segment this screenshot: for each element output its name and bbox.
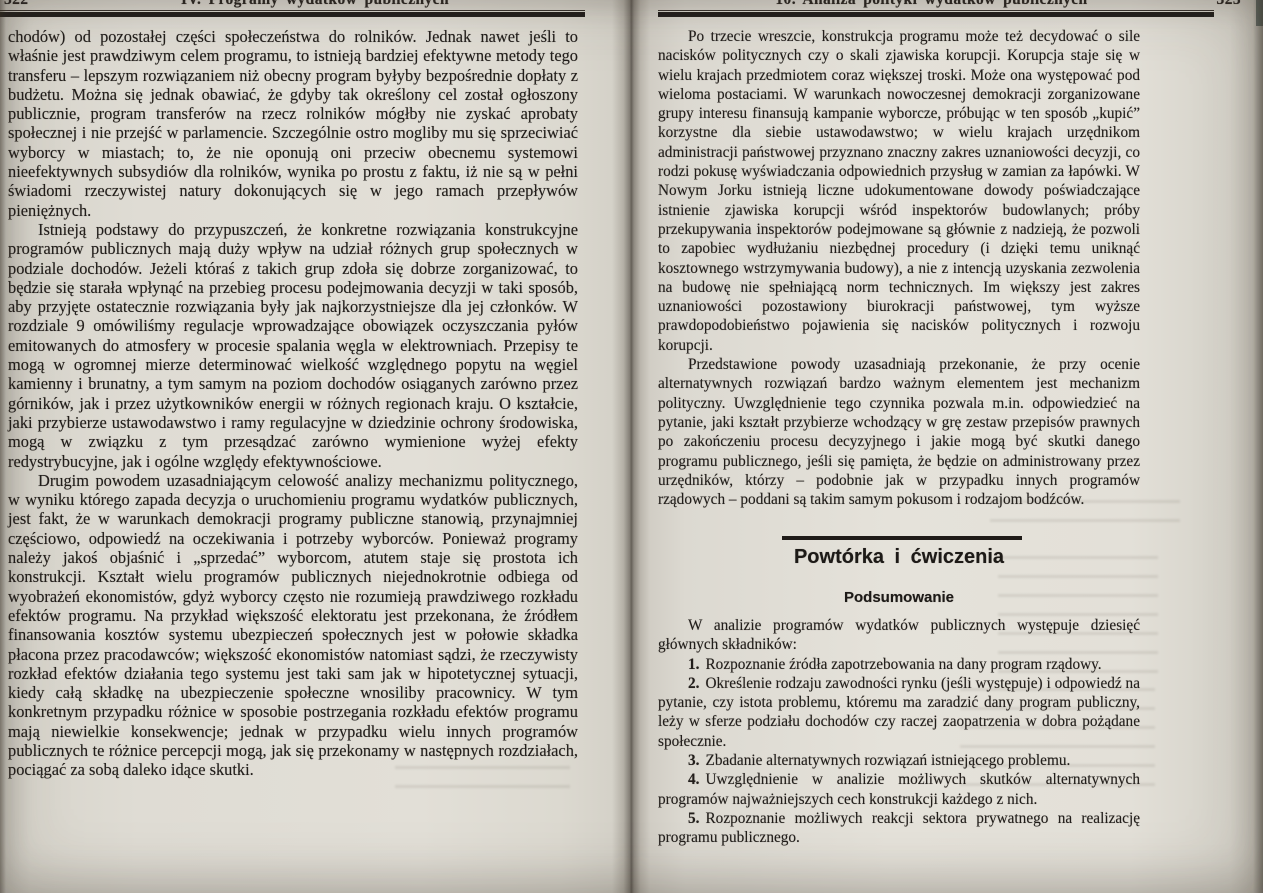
paragraph: Istnieją podstawy do przypuszczeń, że ko… — [8, 220, 578, 471]
summary-item: 2.Określenie rodzaju zawodności rynku (j… — [658, 674, 1140, 751]
page-edge-shadow-left — [0, 0, 6, 893]
item-number: 4. — [688, 771, 699, 788]
page-left: 322 IV. Programy wydatków publicznych ch… — [0, 0, 630, 893]
running-head-right: 10. Analiza polityki wydatków publicznyc… — [660, 0, 1203, 9]
item-text: Uwzględnienie w analizie możliwych skutk… — [658, 771, 1140, 807]
item-text: Zbadanie alternatywnych rozwiązań istnie… — [705, 752, 1070, 769]
page-number-left: 322 — [4, 0, 28, 9]
item-number: 3. — [688, 752, 699, 769]
book-spread-scan: 322 IV. Programy wydatków publicznych ch… — [0, 0, 1263, 893]
running-head-left: IV. Programy wydatków publicznych — [40, 0, 590, 9]
item-text: Rozpoznanie możliwych reakcji sektora pr… — [658, 810, 1140, 846]
paragraph: Drugim powodem uzasadniającym celowość a… — [8, 471, 578, 780]
summary-item: 5.Rozpoznanie możliwych reakcji sektora … — [658, 809, 1140, 848]
header-rule-right — [658, 10, 1214, 17]
section-divider-rule — [782, 536, 1022, 540]
subsection-heading: Podsumowanie — [658, 589, 1140, 606]
summary-item: 4.Uwzględnienie w analizie możliwych sku… — [658, 770, 1140, 809]
item-number: 5. — [688, 810, 699, 827]
body-text-right: Po trzecie wreszcie, konstrukcja program… — [658, 27, 1140, 509]
item-text: Rozpoznanie źródła zapotrzebowania na da… — [705, 656, 1101, 673]
section-heading: Powtórka i ćwiczenia — [658, 546, 1140, 569]
paragraph: Przedstawione powody uzasadniają przekon… — [658, 355, 1140, 509]
summary-item: 3.Zbadanie alternatywnych rozwiązań istn… — [658, 751, 1140, 770]
summary-list: W analizie programów wydatków publicznyc… — [658, 616, 1140, 848]
page-number-right: 323 — [1217, 0, 1241, 9]
summary-intro: W analizie programów wydatków publicznyc… — [658, 616, 1140, 655]
item-number: 1. — [688, 656, 699, 673]
summary-item: 1.Rozpoznanie źródła zapotrzebowania na … — [658, 655, 1140, 674]
item-number: 2. — [688, 675, 699, 692]
header-rule-left — [0, 10, 585, 17]
paragraph: chodów) od pozostałej części społeczeńst… — [8, 27, 578, 220]
body-text-left: chodów) od pozostałej części społeczeńst… — [8, 27, 578, 780]
item-text: Określenie rodzaju zawodności rynku (jeś… — [658, 675, 1140, 750]
paragraph: Po trzecie wreszcie, konstrukcja program… — [658, 27, 1140, 355]
page-right: 10. Analiza polityki wydatków publicznyc… — [630, 0, 1263, 893]
page-edge-shadow-right — [1253, 0, 1263, 893]
